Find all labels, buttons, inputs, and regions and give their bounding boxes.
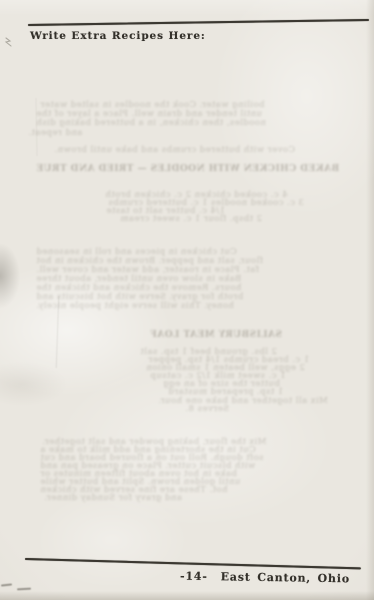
footer-location: East Canton, Ohio [221, 570, 350, 585]
bleedthrough-line: Serves 8. [185, 404, 229, 414]
bleedthrough-line: honey. This will serve eight people nice… [36, 301, 234, 311]
bleedthrough-line: noodles, then chicken, in a buttered bak… [36, 118, 266, 128]
bleedthrough-line: Mix all together and bake one hour. [158, 396, 328, 406]
page-number: -14- [180, 570, 208, 583]
bleedthrough-line: Cover with buttered crumbs and bake unti… [54, 145, 295, 155]
page-footer: -14-East Canton, Ohio [180, 570, 350, 586]
bleedthrough-line: 2 tbsp. flour 1 c. sweet cream [120, 214, 262, 224]
pencil-mark [3, 33, 15, 52]
scanned-cookbook-page: boiling water. Cook the noodles in salte… [0, 0, 374, 600]
bleedthrough-line: SALISBURY MEAT LOAF [150, 330, 282, 340]
bleedthrough-line: BAKED CHICKEN WITH NOODLES — TRIED AND T… [36, 164, 339, 174]
bleedthrough-line: and gravy for Sunday dinner. [44, 493, 182, 503]
page-heading: Write Extra Recipes Here: [30, 30, 206, 42]
bleedthrough-layer: boiling water. Cook the noodles in salte… [0, 0, 374, 600]
